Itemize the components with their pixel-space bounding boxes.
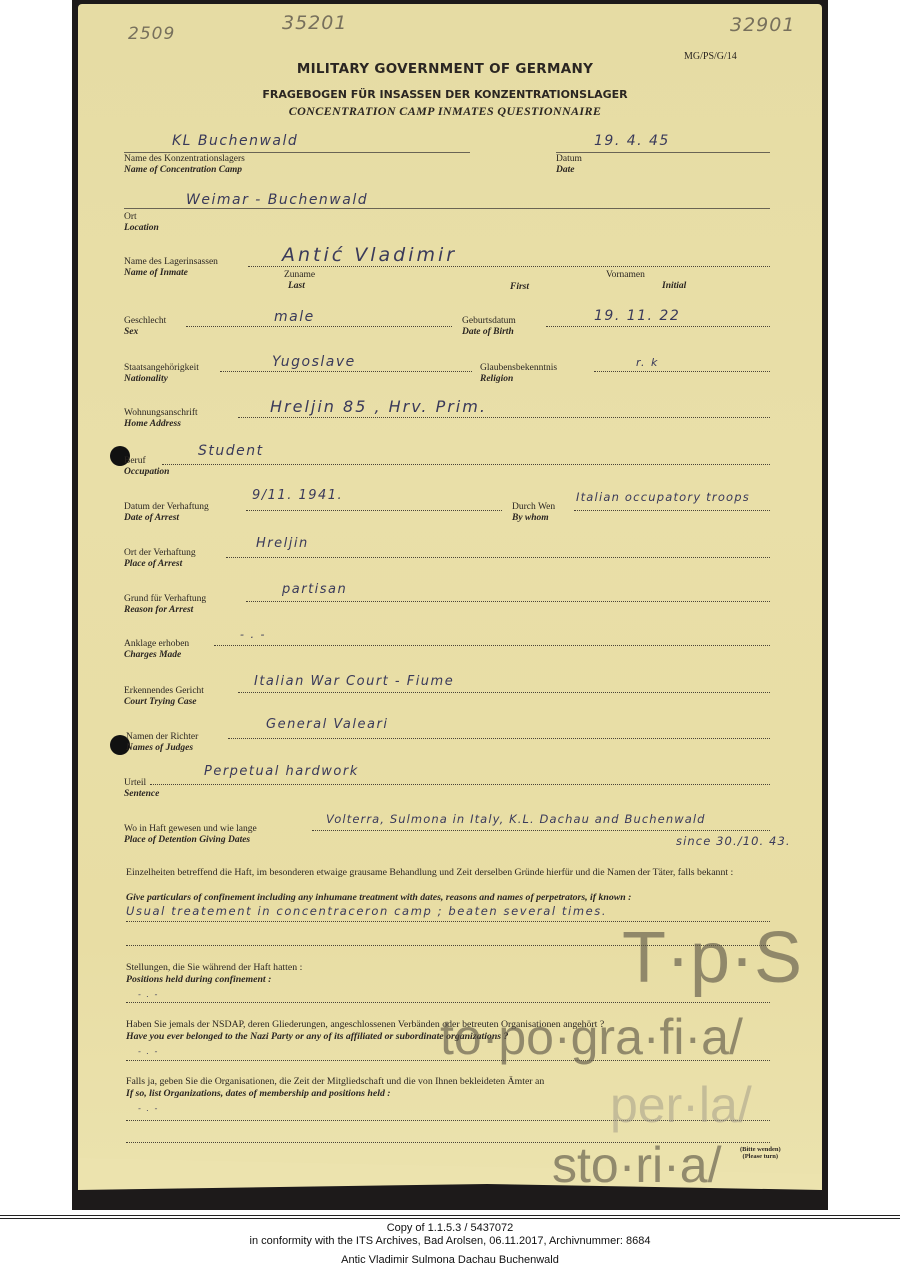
inmate-first-label: First [510, 282, 529, 292]
inmate-name-label-de: Name des Lagerinsassen [124, 257, 218, 267]
judges-value: General Valeari [266, 717, 388, 732]
confinement-label-de: Einzelheiten betreffend die Haft, im bes… [126, 867, 786, 879]
footer-copy-of: Copy of 1.1.5.3 / 5437072 [0, 1222, 900, 1234]
religion-line [594, 371, 770, 372]
questionnaire-paper [78, 4, 822, 1174]
camp-name-line [124, 152, 470, 153]
date-label-en: Date [556, 165, 574, 175]
detention-label-en: Place of Detention Giving Dates [124, 835, 250, 845]
sentence-label-en: Sentence [124, 789, 159, 799]
please-turn-en: (Please turn) [740, 1153, 781, 1160]
arrested-by-value: Italian occupatory troops [576, 490, 750, 504]
arrest-reason-value: partisan [282, 582, 347, 597]
date-line [556, 152, 770, 153]
arrested-by-line [574, 510, 770, 511]
home-address-value: Hreljin 85 , Hrv. Prim. [270, 397, 487, 416]
court-label-de: Erkennendes Gericht [124, 686, 204, 696]
organizations-label-en: If so, list Organizations, dates of memb… [126, 1088, 391, 1099]
charges-label-en: Charges Made [124, 650, 181, 660]
arrest-date-label-de: Datum der Verhaftung [124, 502, 209, 512]
date-label-de: Datum [556, 154, 582, 164]
location-label-de: Ort [124, 212, 137, 222]
positions-value: - . - [138, 990, 159, 999]
arrested-by-label-en: By whom [512, 513, 549, 523]
judges-label-en: Names of Judges [126, 743, 193, 753]
occupation-line [162, 464, 770, 465]
inmate-name-value: Antić Vladimir [282, 244, 457, 266]
court-line [238, 692, 770, 693]
sex-label-en: Sex [124, 327, 138, 337]
court-label-en: Court Trying Case [124, 697, 197, 707]
home-address-label-de: Wohnungsanschrift [124, 408, 198, 418]
confinement-value: Usual treatement in concentraceron camp … [126, 904, 607, 918]
detention-label-de: Wo in Haft gewesen und wie lange [124, 824, 257, 834]
watermark-line-3: per·la/ [610, 1080, 752, 1130]
charges-line [214, 645, 770, 646]
inmate-name-label-en: Name of Inmate [124, 268, 188, 278]
archive-mark-top-right: 32901 [730, 14, 795, 36]
birth-date-label-en: Date of Birth [462, 327, 514, 337]
please-turn-note: (Bitte wenden) (Please turn) [740, 1146, 781, 1160]
arrest-place-line [226, 557, 770, 558]
nsdap-value: - . - [138, 1047, 159, 1056]
organizations-label-de: Falls ja, geben Sie die Organisationen, … [126, 1076, 544, 1087]
sex-line [186, 326, 452, 327]
inmate-last-label: Last [288, 281, 305, 291]
positions-line [126, 1002, 770, 1003]
footer-separator-bottom [0, 1218, 900, 1219]
inmate-name-line [248, 266, 770, 267]
home-address-label-en: Home Address [124, 419, 181, 429]
sentence-value: Perpetual hardwork [204, 764, 359, 779]
detention-value-line1: Volterra, Sulmona in Italy, K.L. Dachau … [326, 812, 706, 826]
inmate-zuname-label: Zuname [284, 270, 315, 280]
arrest-date-label-en: Date of Arrest [124, 513, 179, 523]
footer-separator-top [0, 1215, 900, 1216]
watermark-line-4: sto·ri·a/ [552, 1140, 721, 1190]
arrest-reason-label-de: Grund für Verhaftung [124, 594, 206, 604]
arrested-by-label-de: Durch Wen [512, 502, 555, 512]
document-title: MILITARY GOVERNMENT OF GERMANY [0, 61, 890, 77]
arrest-place-value: Hreljin [256, 536, 309, 551]
religion-value: r. k [636, 356, 659, 369]
religion-label-de: Glaubensbekenntnis [480, 363, 557, 373]
arrest-place-label-de: Ort der Verhaftung [124, 548, 196, 558]
arrest-reason-label-en: Reason for Arrest [124, 605, 193, 615]
arrest-date-line [246, 510, 502, 511]
inmate-initial-label: Initial [662, 281, 686, 291]
watermark-line-1: T·p·S [622, 922, 802, 994]
nationality-label-de: Staatsangehörigkeit [124, 363, 199, 373]
detention-value-line2: since 30./10. 43. [676, 834, 791, 848]
birth-date-line [546, 326, 770, 327]
camp-name-label-en: Name of Concentration Camp [124, 165, 242, 175]
sex-label-de: Geschlecht [124, 316, 166, 326]
sex-value: male [274, 309, 315, 325]
arrest-reason-line [246, 601, 770, 602]
nationality-line [220, 371, 472, 372]
occupation-label-en: Occupation [124, 467, 169, 477]
archive-mark-top-center: 35201 [282, 12, 347, 34]
organizations-value: - . - [138, 1104, 159, 1113]
positions-label-de: Stellungen, die Sie während der Haft hat… [126, 962, 302, 973]
arrest-place-label-en: Place of Arrest [124, 559, 182, 569]
court-value: Italian War Court - Fiume [254, 674, 454, 689]
document-subtitle-de: FRAGEBOGEN FÜR INSASSEN DER KONZENTRATIO… [0, 88, 890, 101]
location-line [124, 208, 770, 209]
arrest-date-value: 9/11. 1941. [252, 488, 343, 503]
charges-label-de: Anklage erhoben [124, 639, 189, 649]
judges-label-de: Namen der Richter [126, 732, 198, 742]
document-subtitle-en: CONCENTRATION CAMP INMATES QUESTIONNAIRE [0, 104, 890, 119]
archive-mark-top-left: 2509 [128, 24, 175, 44]
detention-line [312, 830, 770, 831]
sentence-line [150, 784, 770, 785]
occupation-label-de: Beruf [124, 456, 146, 466]
camp-name-label-de: Name des Konzentrationslagers [124, 154, 245, 164]
religion-label-en: Religion [480, 374, 513, 384]
location-label-en: Location [124, 223, 159, 233]
home-address-line [238, 417, 770, 418]
please-turn-de: (Bitte wenden) [740, 1146, 781, 1153]
charges-value: - . - [240, 628, 266, 641]
confinement-label-en: Give particulars of confinement includin… [126, 892, 631, 903]
date-value: 19. 4. 45 [594, 133, 670, 149]
occupation-value: Student [198, 443, 264, 459]
nationality-value: Yugoslave [272, 354, 356, 370]
birth-date-label-de: Geburtsdatum [462, 316, 516, 326]
sentence-label-de: Urteil [124, 778, 146, 788]
judges-line [228, 738, 770, 739]
inmate-vornamen-label: Vornamen [606, 270, 645, 280]
footer-conformity: in conformity with the ITS Archives, Bad… [0, 1235, 900, 1247]
camp-name-value: KL Buchenwald [172, 133, 298, 149]
positions-label-en: Positions held during confinement : [126, 974, 271, 985]
birth-date-value: 19. 11. 22 [594, 308, 680, 324]
watermark-line-2: to·po·gra·fi·a/ [440, 1012, 743, 1062]
nationality-label-en: Nationality [124, 374, 168, 384]
location-value: Weimar - Buchenwald [186, 192, 368, 208]
footer-subject: Antic Vladimir Sulmona Dachau Buchenwald [0, 1254, 900, 1266]
